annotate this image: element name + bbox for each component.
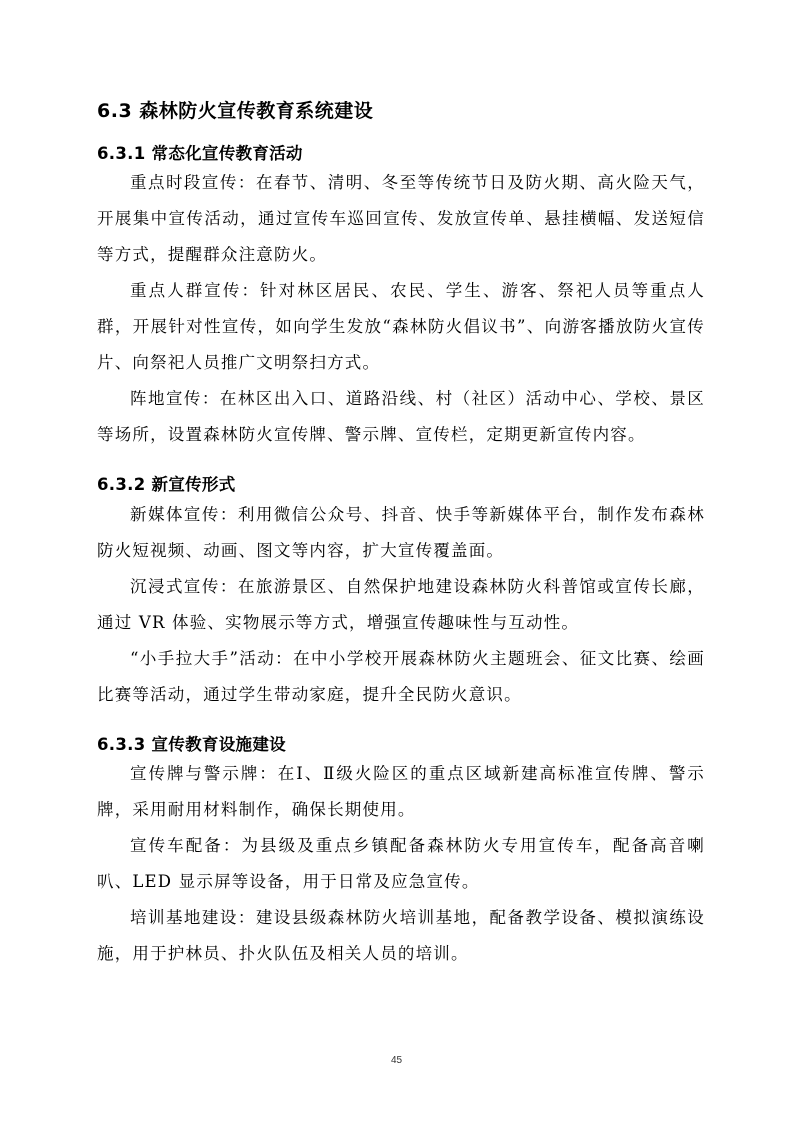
paragraph: 重点时段宣传：在春节、清明、冬至等传统节日及防火期、高火险天气，开展集中宣传活动… bbox=[97, 165, 705, 273]
subsection-heading-6-3-3: 6.3.3 宣传教育设施建设 bbox=[97, 731, 286, 755]
page-number: 45 bbox=[0, 1055, 793, 1066]
paragraph: 宣传车配备：为县级及重点乡镇配备森林防火专用宣传车，配备高音喇叭、LED 显示屏… bbox=[97, 828, 705, 900]
subsection-heading-6-3-1: 6.3.1 常态化宣传教育活动 bbox=[97, 140, 303, 164]
subsection-heading-6-3-2: 6.3.2 新宣传形式 bbox=[97, 471, 236, 495]
paragraph: 宣传牌与警示牌：在Ⅰ、Ⅱ级火险区的重点区域新建高标准宣传牌、警示牌，采用耐用材料… bbox=[97, 756, 705, 828]
paragraph: 培训基地建设：建设县级森林防火培训基地，配备教学设备、模拟演练设施，用于护林员、… bbox=[97, 900, 705, 972]
paragraph: “小手拉大手”活动：在中小学校开展森林防火主题班会、征文比赛、绘画比赛等活动，通… bbox=[97, 641, 705, 713]
paragraph: 阵地宣传：在林区出入口、道路沿线、村（社区）活动中心、学校、景区等场所，设置森林… bbox=[97, 381, 705, 453]
paragraph: 新媒体宣传：利用微信公众号、抖音、快手等新媒体平台，制作发布森林防火短视频、动画… bbox=[97, 497, 705, 569]
paragraph: 重点人群宣传：针对林区居民、农民、学生、游客、祭祀人员等重点人群，开展针对性宣传… bbox=[97, 273, 705, 381]
paragraph: 沉浸式宣传：在旅游景区、自然保护地建设森林防火科普馆或宣传长廊，通过 VR 体验… bbox=[97, 569, 705, 641]
section-heading: 6.3 森林防火宣传教育系统建设 bbox=[97, 96, 373, 123]
